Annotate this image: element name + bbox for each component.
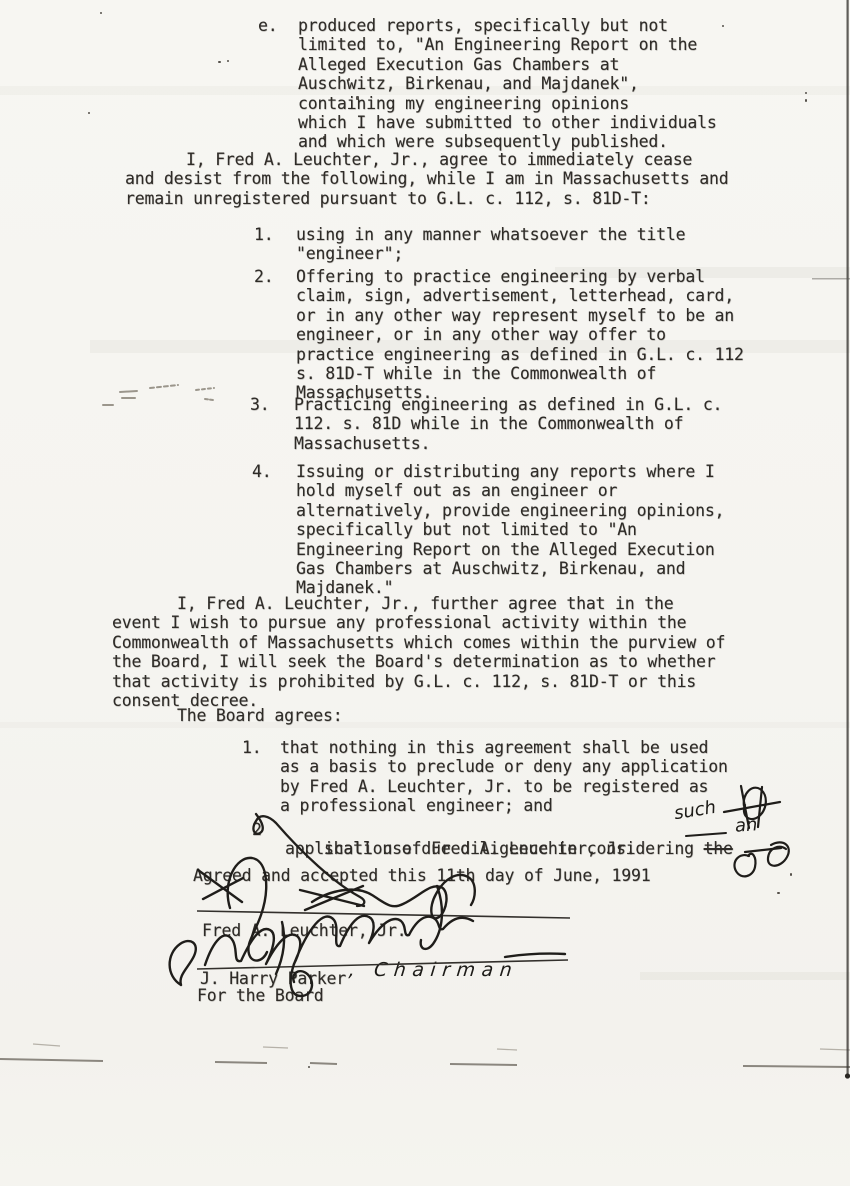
doc-line: by Fred A. Leuchter, Jr. to be registere… — [280, 777, 708, 796]
page-edge-line — [812, 0, 850, 1079]
handwritten-insertion-an: an — [734, 814, 758, 837]
dust-speck — [805, 92, 807, 94]
struck-word: the — [704, 839, 733, 858]
dust-speck — [218, 61, 221, 63]
dust-speck — [227, 60, 229, 62]
doc-line: using in any manner whatsoever the title — [296, 225, 685, 244]
doc-line: Commonwealth of Massachusetts which come… — [112, 633, 725, 652]
signatory-name-leuchter: Fred A. Leuchter, Jr. — [202, 921, 406, 940]
doc-line: event I wish to pursue any professional … — [112, 613, 686, 632]
scanned-consent-decree-page: e. produced reports, specifically but no… — [0, 0, 850, 1186]
doc-line: s. 81D-T while in the Commonwealth of — [296, 364, 656, 383]
doc-line: and which were subsequently published. — [298, 132, 668, 151]
list-letter: e. — [258, 16, 277, 35]
list-number: 2 — [252, 820, 262, 839]
board-agrees-heading: The Board agrees: — [177, 706, 342, 725]
dust-speck — [100, 12, 102, 14]
doc-line: containing my engineering opinions — [298, 94, 629, 113]
doc-line: "engineer"; — [296, 244, 403, 263]
fold-line — [0, 1059, 850, 1067]
doc-line: or in any other way represent myself to … — [296, 306, 734, 325]
doc-line: produced reports, specifically but not — [298, 16, 668, 35]
doc-line: which I have submitted to other individu… — [298, 113, 717, 132]
doc-line: Auschwitz, Birkenau, and Majdanek", — [298, 74, 639, 93]
doc-line: Issuing or distributing any reports wher… — [296, 462, 715, 481]
dust-speck — [805, 99, 807, 102]
doc-line: Gas Chambers at Auschwitz, Birkenau, and — [296, 559, 685, 578]
scan-band — [0, 722, 850, 728]
doc-line: hold myself out as an engineer or — [296, 481, 617, 500]
list-number: 4. — [252, 462, 271, 481]
doc-line: application of Fred A. Leuchter, Jr. — [285, 839, 635, 858]
list-number: 3. — [250, 395, 269, 414]
doc-line: I, Fred A. Leuchter, Jr., agree to immed… — [186, 150, 692, 169]
doc-line: that nothing in this agreement shall be … — [280, 738, 708, 757]
list-number: 1. — [242, 738, 261, 757]
dust-speck — [790, 873, 792, 876]
doc-line: Alleged Execution Gas Chambers at — [298, 55, 619, 74]
list-number: 2. — [254, 267, 273, 286]
doc-line: Offering to practice engineering by verb… — [296, 267, 705, 286]
handwritten-chairman-title: , Chairman — [348, 959, 520, 981]
doc-line: engineer, or in any other way offer to — [296, 325, 666, 344]
doc-line: a professional engineer; and — [280, 796, 553, 815]
doc-line: and desist from the following, while I a… — [125, 169, 729, 188]
scan-band — [640, 972, 850, 980]
dust-speck — [308, 1066, 310, 1068]
doc-line: limited to, "An Engineering Report on th… — [298, 35, 697, 54]
dust-speck — [777, 892, 780, 894]
doc-line: Engineering Report on the Alleged Execut… — [296, 540, 715, 559]
doc-line: Practicing engineering as defined in G.L… — [294, 395, 722, 414]
doc-line: claim, sign, advertisement, letterhead, … — [296, 286, 734, 305]
doc-line: Massachusetts. — [294, 434, 430, 453]
doc-line: specifically but not limited to "An — [296, 520, 637, 539]
pencil-marks — [103, 385, 214, 405]
doc-line: I, Fred A. Leuchter, Jr., further agree … — [177, 594, 673, 613]
doc-line: practice engineering as defined in G.L. … — [296, 345, 744, 364]
for-the-board-line: For the Board — [197, 986, 324, 1005]
dust-speck — [722, 25, 724, 27]
list-number: 1. — [254, 225, 273, 244]
doc-line: as a basis to preclude or deny any appli… — [280, 757, 728, 776]
dust-speck — [88, 112, 90, 114]
doc-line: remain unregistered pursuant to G.L. c. … — [125, 189, 651, 208]
ink-initials — [734, 842, 788, 876]
date-line: Agreed and accepted this 11th day of Jun… — [193, 866, 651, 885]
doc-line: 112. s. 81D while in the Commonwealth of — [294, 414, 683, 433]
doc-line: that activity is prohibited by G.L. c. 1… — [112, 672, 696, 691]
doc-line: alternatively, provide engineering opini… — [296, 501, 724, 520]
fold-line-faint — [33, 1044, 850, 1050]
doc-line: the Board, I will seek the Board's deter… — [112, 652, 716, 671]
